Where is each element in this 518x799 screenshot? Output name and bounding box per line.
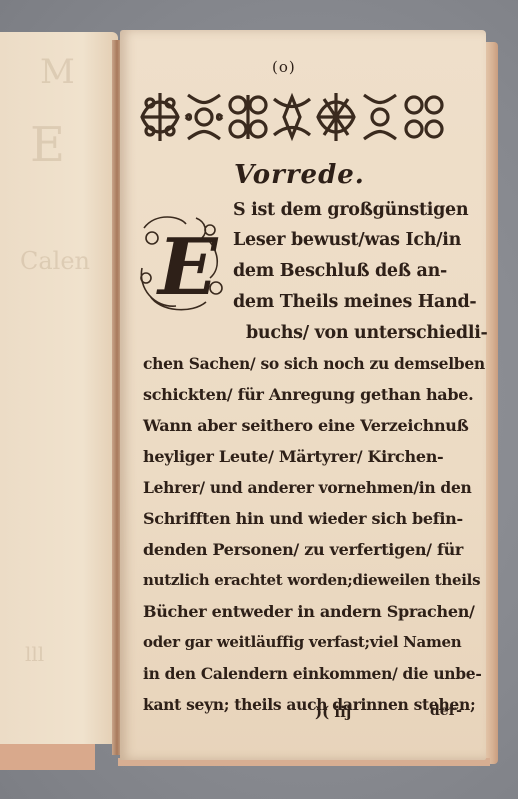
ornament-icon	[270, 88, 314, 146]
show-through-text: Calen	[20, 247, 90, 275]
show-through-text: M	[40, 52, 75, 92]
text-line: buchs/ von unterschiedli-	[246, 323, 488, 343]
text-line: chen Sachen/ so sich noch zu demselben	[143, 354, 485, 373]
text-line: kant seyn; theils auch darinnen stehen;	[143, 695, 475, 714]
left-page: M E Calen lll	[0, 32, 118, 744]
text-line: denden Personen/ zu verfertigen/ für	[143, 540, 463, 559]
ornament-icon	[358, 88, 402, 146]
catchword: der-	[430, 703, 462, 719]
text-line: dem Theils meines Hand-	[233, 292, 476, 312]
ornament-band	[138, 88, 446, 146]
text-line: Wann aber seithero eine Verzeichnuß	[143, 416, 469, 435]
left-cover-edge	[0, 740, 95, 770]
text-line: heyliger Leute/ Märtyrer/ Kirchen-	[143, 447, 443, 466]
page-title: Vorrede.	[234, 160, 365, 190]
ornament-icon	[182, 88, 226, 146]
drop-cap-initial: E	[136, 208, 228, 318]
signature-mark: )( iij	[315, 703, 351, 721]
ornament-icon	[314, 88, 358, 146]
svg-text:E: E	[156, 222, 219, 313]
ornament-icon	[402, 88, 446, 146]
page-number: (o)	[272, 58, 296, 76]
text-line: oder gar weitläuffig verfast;viel Namen	[143, 633, 461, 651]
text-line: Schrifften hin und wieder sich befin-	[143, 509, 463, 528]
text-line: Lehrer/ und anderer vornehmen/in den	[143, 478, 471, 497]
text-line: S ist dem großgünstigen	[233, 200, 468, 220]
show-through-text: E	[30, 117, 65, 173]
text-line: dem Beschluß deß an-	[233, 261, 447, 281]
show-through-text: lll	[25, 642, 44, 666]
text-line: Leser bewust/was Ich/in	[233, 230, 461, 250]
page-fore-edge	[484, 42, 498, 764]
text-line: schickten/ für Anregung gethan habe.	[143, 385, 473, 404]
ornament-icon	[226, 88, 270, 146]
text-line: nutzlich erachtet worden;dieweilen theil…	[143, 571, 480, 589]
ornament-icon	[138, 88, 182, 146]
text-line: in den Calendern einkommen/ die unbe-	[143, 664, 482, 683]
text-line: Bücher entweder in andern Sprachen/	[143, 602, 475, 621]
